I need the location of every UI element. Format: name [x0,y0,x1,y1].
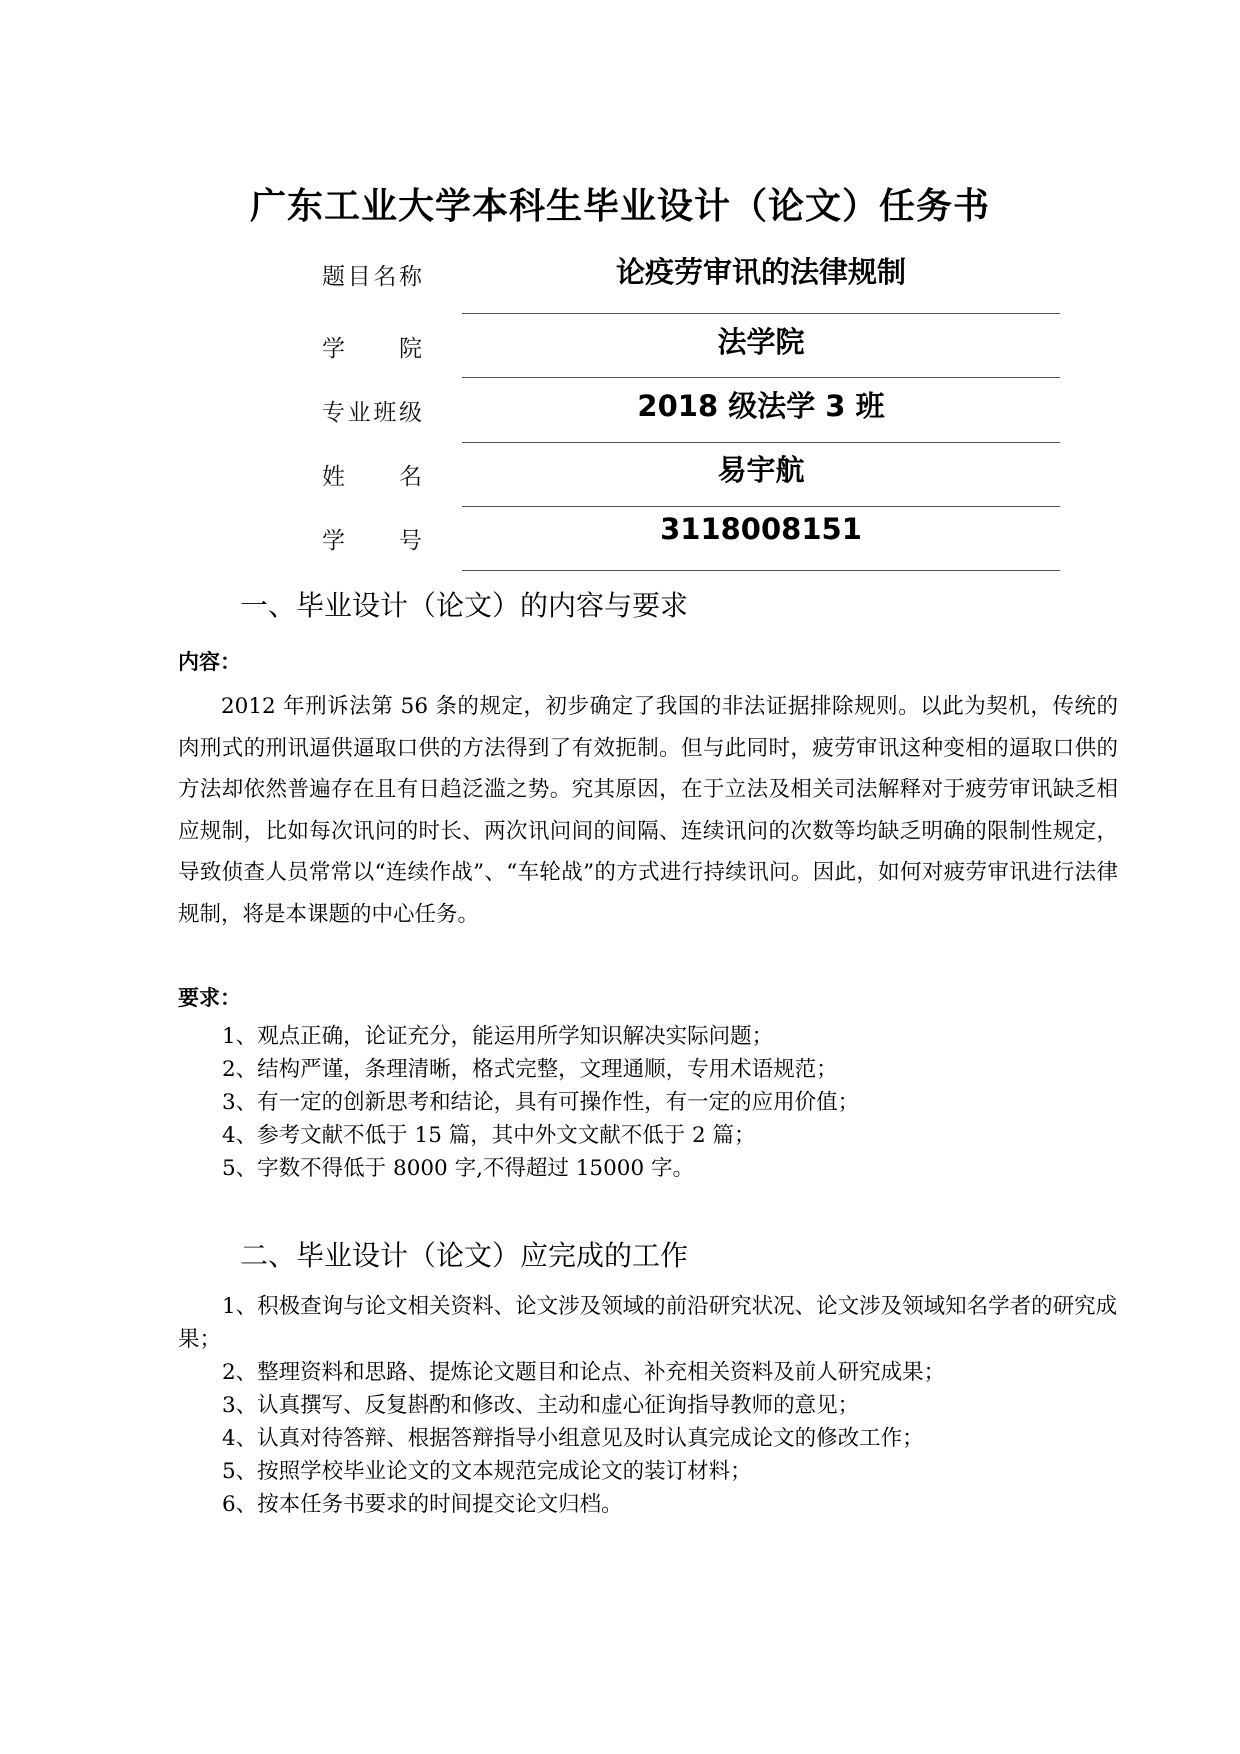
list-item: 6、按本任务书要求的时间提交论文归档。 [178,1488,1122,1521]
field-value-topic: 论疫劳审讯的法律规制 [462,250,1060,291]
field-value-student-id: 3118008151 [462,512,1060,546]
label-char: 称 [399,258,422,291]
label-char: 学 [322,330,345,363]
list-item: 5、按照学校毕业论文的文本规范完成论文的装订材料； [178,1455,1122,1488]
content-paragraph: 2012 年刑诉法第 56 条的规定，初步确定了我国的非法证据排除规则。以此为契… [178,686,1118,935]
field-underline [462,377,1060,378]
field-value-name: 易宇航 [462,448,1060,489]
field-label-college: 学 院 [322,330,422,363]
field-label-name: 姓 名 [322,458,422,491]
field-label-class: 专 业 班 级 [322,394,422,427]
work-list: 1、积极查询与论文相关资料、论文涉及领域的前沿研究状况、论文涉及领域知名学者的研… [178,1290,1122,1521]
label-char: 级 [399,394,422,427]
label-char: 名 [373,258,396,291]
field-underline [462,313,1060,314]
field-underline [462,506,1060,507]
list-item: 3、有一定的创新思考和结论，具有可操作性，有一定的应用价值； [222,1086,1122,1119]
label-char: 专 [322,394,345,427]
requirements-label: 要求： [178,982,241,1012]
list-item: 4、认真对待答辩、根据答辩指导小组意见及时认真完成论文的修改工作； [178,1422,1122,1455]
label-char: 学 [322,522,345,555]
list-item: 1、观点正确，论证充分，能运用所学知识解决实际问题； [222,1020,1122,1053]
list-item: 2、整理资料和思路、提炼论文题目和论点、补充相关资料及前人研究成果； [178,1356,1122,1389]
label-char: 班 [373,394,396,427]
document-title: 广东工业大学本科生毕业设计（论文）任务书 [0,178,1240,229]
field-label-topic: 题 目 名 称 [322,258,422,291]
list-item: 4、参考文献不低于 15 篇，其中外文文献不低于 2 篇； [222,1119,1122,1152]
section-heading-work: 二、毕业设计（论文）应完成的工作 [240,1234,688,1274]
field-underline [462,570,1060,571]
field-value-college: 法学院 [462,320,1060,361]
list-item: 1、积极查询与论文相关资料、论文涉及领域的前沿研究状况、论文涉及领域知名学者的研… [178,1290,1122,1356]
label-char: 号 [399,522,422,555]
label-char: 名 [399,458,422,491]
requirements-list: 1、观点正确，论证充分，能运用所学知识解决实际问题； 2、结构严谨，条理清晰，格… [222,1020,1122,1185]
content-label: 内容： [178,646,241,676]
field-underline [462,442,1060,443]
list-item: 5、字数不得低于 8000 字,不得超过 15000 字。 [222,1152,1122,1185]
list-item: 2、结构严谨，条理清晰，格式完整，文理通顺，专用术语规范； [222,1053,1122,1086]
label-char: 院 [399,330,422,363]
section-heading-content-requirements: 一、毕业设计（论文）的内容与要求 [240,584,688,624]
field-value-class: 2018 级法学 3 班 [462,384,1060,425]
label-char: 目 [348,258,371,291]
label-char: 业 [348,394,371,427]
field-label-student-id: 学 号 [322,522,422,555]
list-item: 3、认真撰写、反复斟酌和修改、主动和虚心征询指导教师的意见； [178,1389,1122,1422]
label-char: 姓 [322,458,345,491]
label-char: 题 [322,258,345,291]
